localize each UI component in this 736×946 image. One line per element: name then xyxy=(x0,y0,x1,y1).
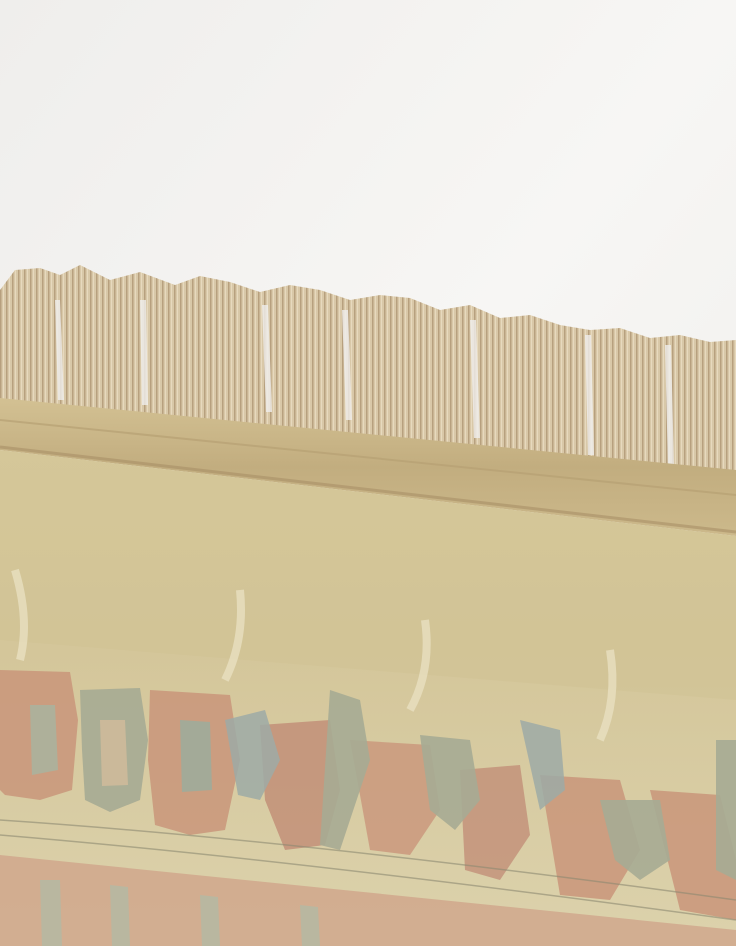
rug-photo xyxy=(0,0,736,946)
rug-illustration xyxy=(0,0,736,946)
